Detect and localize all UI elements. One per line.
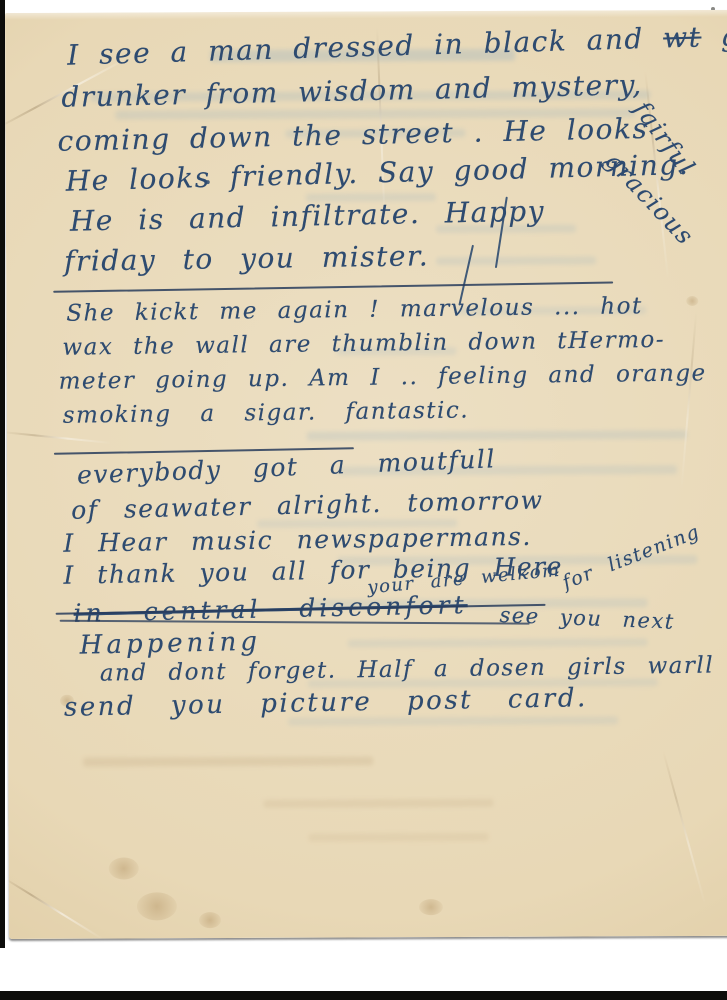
foxing-stain — [686, 296, 698, 306]
paper-crease — [5, 875, 103, 939]
scanned-letter-page: I see a man dressed in black and wt gold… — [0, 0, 727, 1000]
handwritten-line-12: of seawater alright. tomorrow — [71, 485, 544, 524]
handwritten-line-2: drunker from wisdom and mystery, — [61, 68, 643, 114]
handwritten-line-10: smoking a sigar. fantastic. — [63, 397, 470, 428]
inserted-note-see-you: see you next — [499, 603, 675, 634]
showthrough-print — [83, 756, 373, 766]
line1-last-word: gold — [720, 18, 727, 53]
handwritten-line-8: wax the wall are thumblin down tHermo- — [62, 327, 665, 361]
line1-crossed-out-word: wt — [663, 20, 702, 54]
line1-text: I see a man dressed in black and — [67, 22, 645, 72]
paper-crease — [680, 311, 697, 491]
handwritten-line-6: friday to you mister. — [64, 239, 430, 277]
letter-paper: I see a man dressed in black and wt gold… — [5, 10, 727, 939]
handwritten-line-1: I see a man dressed in black and wt gold — [67, 18, 727, 72]
foxing-stain — [137, 892, 177, 920]
showthrough-print — [307, 430, 687, 441]
foxing-stain — [109, 857, 139, 879]
handwritten-line-15: Happening — [79, 627, 261, 661]
handwritten-line-9: meter going up. Am I .. feeling and oran… — [58, 360, 706, 394]
separator-line — [53, 282, 613, 293]
showthrough-print — [436, 256, 596, 265]
scan-edge-bottom — [0, 991, 727, 1000]
showthrough-print — [263, 799, 493, 808]
showthrough-print — [348, 638, 648, 647]
scan-edge-left — [0, 0, 5, 948]
handwritten-line-13: I Hear music newspapermans. — [63, 522, 532, 558]
paper-crease — [662, 751, 706, 906]
foxing-stain — [199, 912, 221, 928]
showthrough-print — [309, 833, 489, 842]
handwritten-line-7: She kickt me again ! marvelous ... hot — [66, 293, 643, 327]
paper-crease — [5, 431, 111, 444]
foxing-stain — [419, 899, 443, 915]
